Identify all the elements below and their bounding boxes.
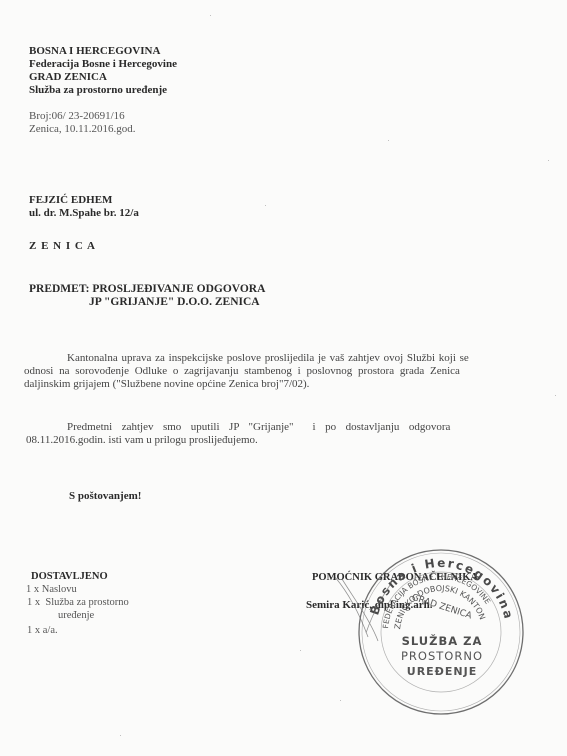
stamp-center-line-3: UREĐENJE [407,665,477,678]
stamp-center-line-1: SLUŽBA ZA [402,633,483,648]
reference-number: Broj:06/ 23-20691/16 [29,110,125,123]
recipient-city: Z E N I C A [29,240,96,253]
distribution-item: 1 x Služba za prostorno [27,596,129,609]
place-date: Zenica, 10.11.2016.god. [29,123,136,136]
header-federation: Federacija Bosne i Hercegovine [29,58,177,71]
body-paragraph-1-line-3: daljinskim grijajem ("Službene novine op… [24,378,309,391]
closing-salutation: S poštovanjem! [69,490,141,503]
header-country: BOSNA I HERCEGOVINA [29,45,160,58]
body-paragraph-1-line-2: odnosi na sorovođenje Odluke o zagrijava… [24,365,460,378]
distribution-item: 1 x a/a. [27,624,58,637]
recipient-name: FEJZIĆ EDHEM [29,194,112,207]
subject-line-2: JP "GRIJANJE" D.O.O. ZENICA [89,296,260,309]
header-city: GRAD ZENICA [29,71,107,84]
letter-page: BOSNA I HERCEGOVINA Federacija Bosne i H… [0,0,567,756]
recipient-address: ul. dr. M.Spahe br. 12/a [29,207,139,220]
distribution-title: DOSTAVLJENO [31,570,108,583]
body-paragraph-2-line-2: 08.11.2016.godin. isti vam u prilogu pro… [26,434,258,447]
distribution-item: 1 x Naslovu [26,583,77,596]
body-paragraph-2-line-1: Predmetni zahtjev smo uputili JP "Grijan… [67,421,450,434]
header-department: Služba za prostorno uređenje [29,84,167,97]
body-paragraph-1-line-1: Kantonalna uprava za inspekcijske poslov… [67,352,469,365]
distribution-item: uređenje [58,609,94,622]
subject-line-1: PREDMET: PROSLJEĐIVANJE ODGOVORA [29,283,265,296]
handwritten-signature-icon [330,575,410,645]
stamp-center-line-2: PROSTORNO [401,649,483,663]
